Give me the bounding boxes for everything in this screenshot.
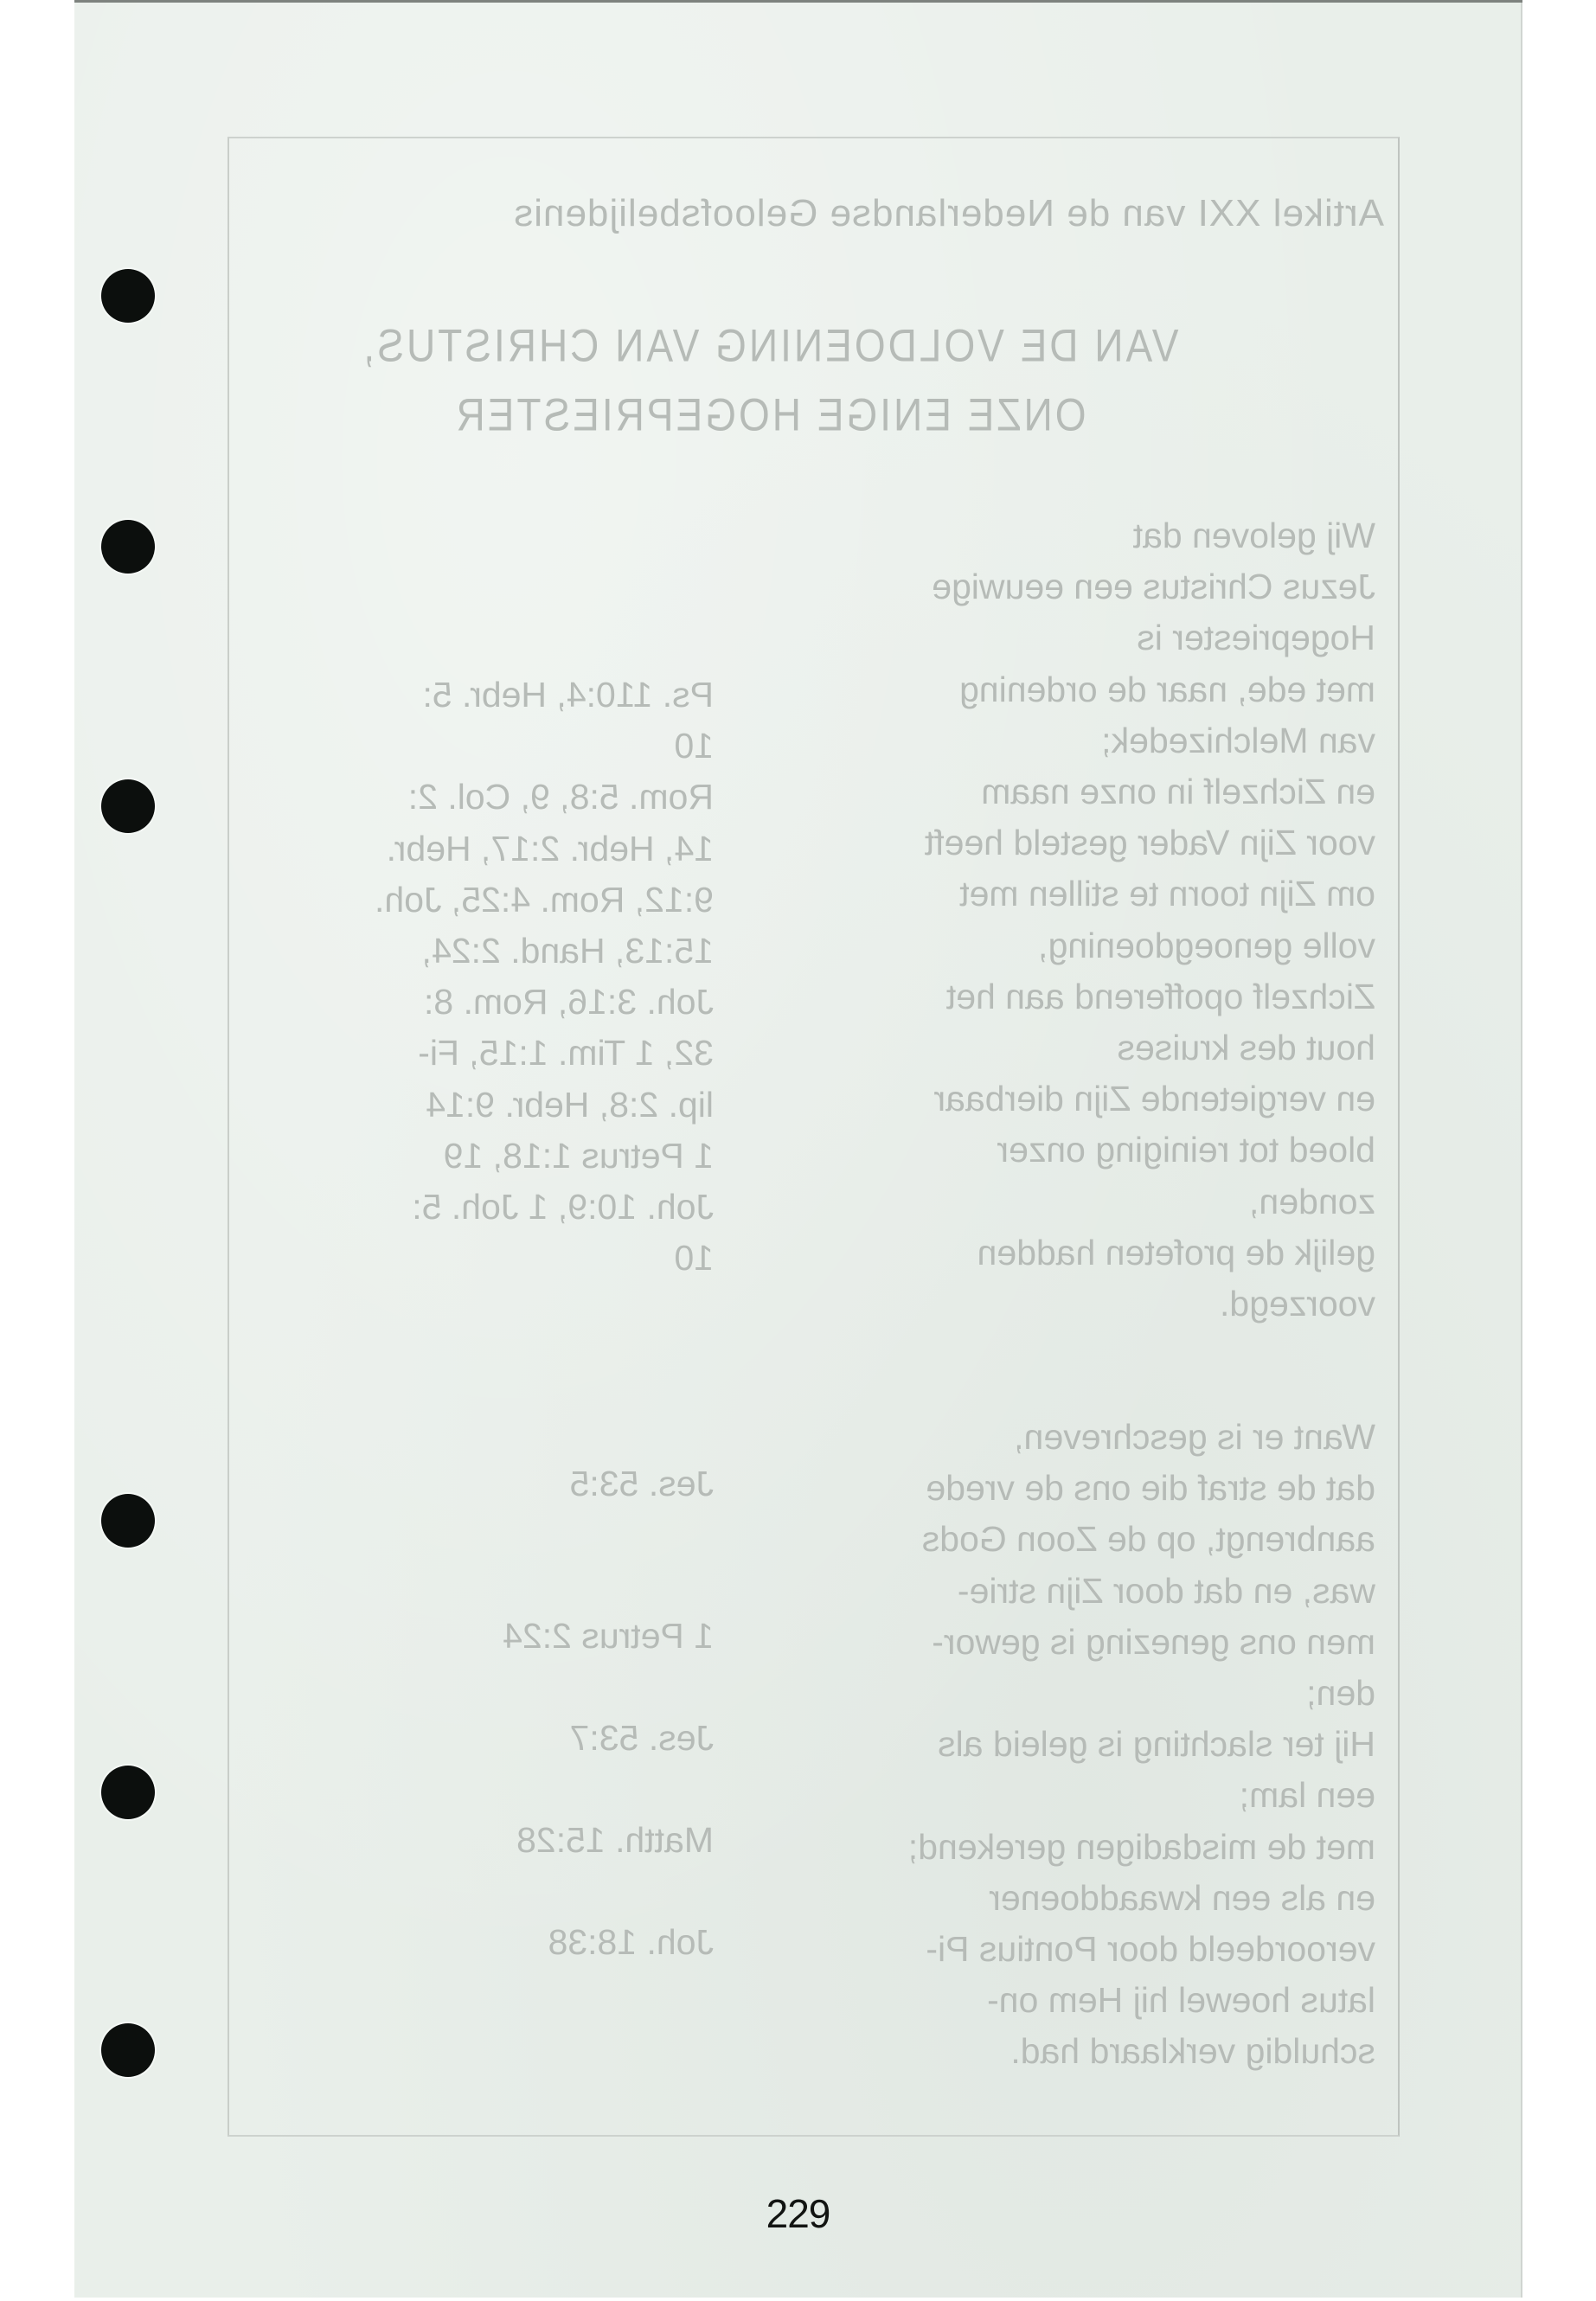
reference-item: Jes. 53:5 [251,1464,714,1504]
reference-line: 32, 1 Tim. 1:15, Fi- [251,1028,714,1079]
reference-item: 1 Petrus 2:24 [251,1616,714,1657]
body-line: Jezus Christus een eeuwige [753,561,1375,612]
reference-item: Matth. 15:28 [251,1820,714,1861]
heading-line-2: ONZE ENIGE HOGEPRIESTER [208,388,1332,441]
body-line: voorzegd. [753,1279,1375,1330]
reference-line: Joh. 3:16, Rom. 8: [251,977,714,1028]
body-line: zonden, [753,1176,1375,1227]
punch-hole [101,269,155,323]
body-line: van Melchizedek; [753,715,1375,766]
reference-line: 9:12, Rom. 4:25, Joh. [251,875,714,926]
body-line: Hogepriester is [753,612,1375,663]
body-line: den; [753,1668,1375,1719]
body-line: gelijk de profeten hadden [753,1227,1375,1279]
punch-hole [101,2023,155,2077]
punch-hole [101,1494,155,1548]
body-line: latus hoewel hij Hem on- [753,1975,1375,2026]
body-line: Wij geloven dat [753,510,1375,561]
body-line: voor Zijn Vader gesteld heeft [753,817,1375,868]
body-line: schuldig verklaard had. [753,2026,1375,2077]
body-line: een lam; [753,1770,1375,1821]
source-line: Artikel XXI van de Nederlandse Geloofsbe… [260,192,1384,235]
body-line: en vergietende Zijn dierbaar [753,1074,1375,1125]
body-line: en Zichzelf in onze naam [753,766,1375,817]
body-line: veroordeeld door Pontius Pi- [753,1924,1375,1975]
body-paragraph-2: Want er is geschreven,dat de straf die o… [753,1412,1375,2078]
punch-hole [101,1766,155,1819]
body-line: en als een kwaaddoener [753,1873,1375,1924]
body-line: aanbrengt, op de Zoon Gods [753,1514,1375,1565]
reference-line: Ps. 110:4, Hebr. 5: [251,670,714,721]
body-line: bloed tot reiniging onzer [753,1125,1375,1176]
punch-hole [101,779,155,833]
reference-line: 10 [251,721,714,772]
body-line: was, en dat door Zijn strie- [753,1566,1375,1617]
body-line: volle genoegdoening, [753,920,1375,971]
reference-item: Jes. 53:7 [251,1718,714,1759]
heading-line-1: VAN DE VOLDOENING VAN CHRISTUS, [208,318,1332,372]
reference-line: Rom. 5:8, 9, Col. 2: [251,772,714,823]
body-line: met ede, naar de ordening [753,664,1375,715]
body-line: Want er is geschreven, [753,1412,1375,1463]
reference-item: Joh. 18:38 [251,1922,714,1963]
punch-hole [101,520,155,574]
body-line: hout des kruises [753,1022,1375,1074]
body-line: Hij ter slachting is geleid als [753,1719,1375,1770]
body-line: met de misdadigen gerekend; [753,1822,1375,1873]
reference-line: lip. 2:8, Hebr. 9:14 [251,1080,714,1131]
page-number: 229 [0,2190,1596,2237]
body-line: dat de straf die ons de vrede [753,1463,1375,1514]
reference-line: 14, Hebr. 2:17, Hebr. [251,824,714,875]
reference-line: 15:13, Hand. 2:24, [251,926,714,977]
body-line: men ons genezing is gewor- [753,1617,1375,1668]
reference-line: 10 [251,1233,714,1284]
body-paragraph-1: Wij geloven datJezus Christus een eeuwig… [753,510,1375,1330]
references-block-1: Ps. 110:4, Hebr. 5:10Rom. 5:8, 9, Col. 2… [251,670,714,1284]
reference-line: 1 Petrus 1:18, 19 [251,1131,714,1182]
reference-line: Joh. 10:9, 1 Joh. 5: [251,1182,714,1233]
body-line: om Zijn toorn te stillen met [753,868,1375,920]
body-line: Zichzelf opofferend aan het [753,971,1375,1022]
